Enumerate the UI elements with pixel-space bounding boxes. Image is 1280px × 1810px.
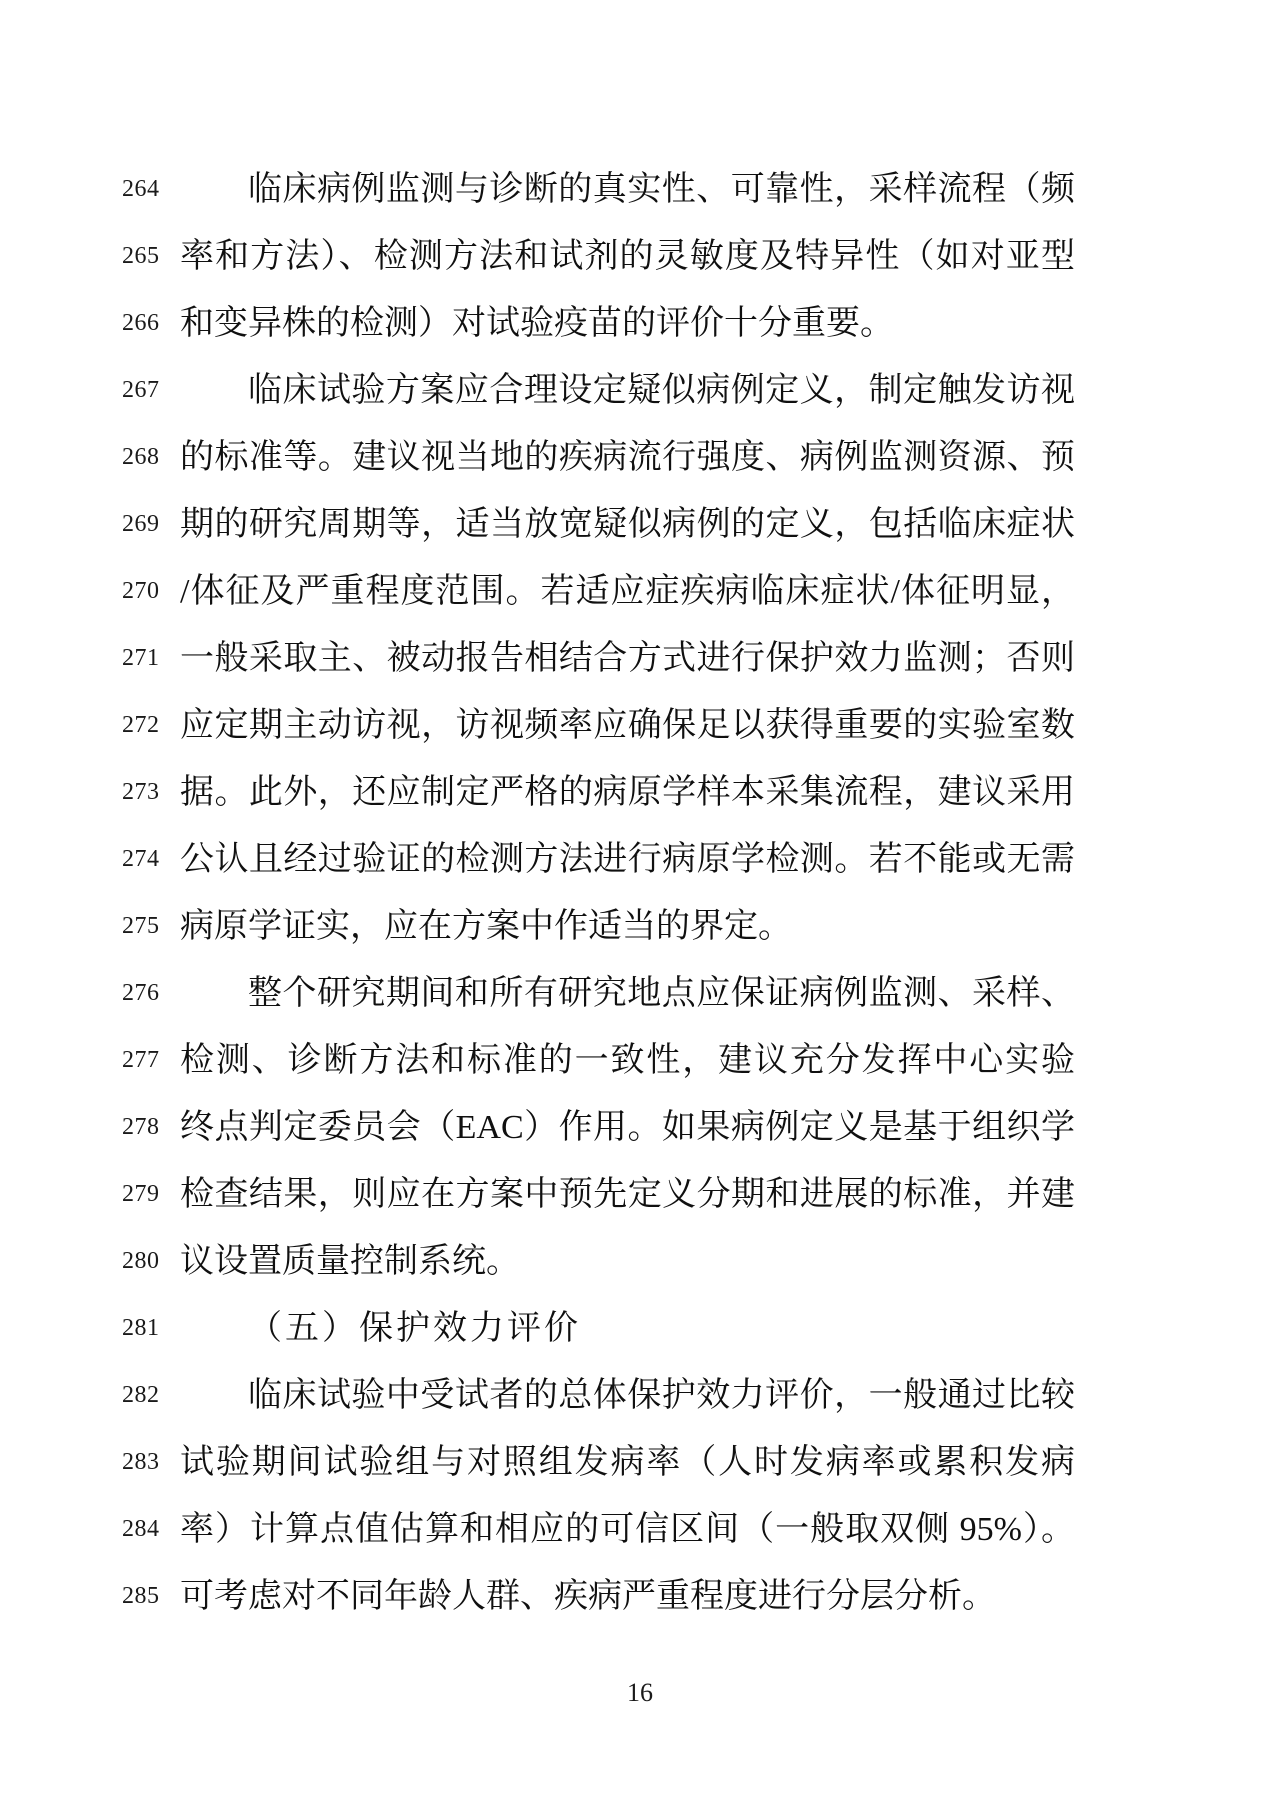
line-number: 281 (122, 1295, 180, 1362)
line-number: 285 (122, 1563, 180, 1630)
text-line: 273 据。此外，还应制定严格的病原学样本采集流程，建议采用 (0, 759, 1280, 826)
line-text: 应定期主动访视，访视频率应确保足以获得重要的实验室数 (180, 692, 1075, 759)
line-text: 公认且经过验证的检测方法进行病原学检测。若不能或无需 (180, 826, 1075, 893)
line-number: 267 (122, 357, 180, 424)
text-line: 281 （五）保护效力评价 (0, 1295, 1280, 1362)
line-number: 282 (122, 1362, 180, 1429)
text-line: 268 的标准等。建议视当地的疾病流行强度、病例监测资源、预 (0, 424, 1280, 491)
line-number: 278 (122, 1094, 180, 1161)
line-text: 临床病例监测与诊断的真实性、可靠性，采样流程（频 (180, 156, 1075, 223)
line-number: 273 (122, 759, 180, 826)
text-line: 264 临床病例监测与诊断的真实性、可靠性，采样流程（频 (0, 156, 1280, 223)
line-number: 270 (122, 558, 180, 625)
line-text: 检查结果，则应在方案中预先定义分期和进展的标准，并建 (180, 1161, 1075, 1228)
line-number: 284 (122, 1496, 180, 1563)
line-text: 期的研究周期等，适当放宽疑似病例的定义，包括临床症状 (180, 491, 1075, 558)
line-number: 268 (122, 424, 180, 491)
text-line: 284 率）计算点值估算和相应的可信区间（一般取双侧 95%）。 (0, 1496, 1280, 1563)
line-text: 终点判定委员会（EAC）作用。如果病例定义是基于组织学 (180, 1094, 1075, 1161)
line-number: 269 (122, 491, 180, 558)
page-footer: 16 (0, 1676, 1280, 1710)
text-line: 277 检测、诊断方法和标准的一致性，建议充分发挥中心实验室、 (0, 1027, 1280, 1094)
line-number: 276 (122, 960, 180, 1027)
line-number: 283 (122, 1429, 180, 1496)
text-line: 274 公认且经过验证的检测方法进行病原学检测。若不能或无需 (0, 826, 1280, 893)
text-line: 272 应定期主动访视，访视频率应确保足以获得重要的实验室数 (0, 692, 1280, 759)
text-line: 270 /体征及严重程度范围。若适应症疾病临床症状/体征明显， (0, 558, 1280, 625)
text-line: 283 试验期间试验组与对照组发病率（人时发病率或累积发病 (0, 1429, 1280, 1496)
line-number: 274 (122, 826, 180, 893)
line-text: 率）计算点值估算和相应的可信区间（一般取双侧 95%）。 (180, 1496, 1075, 1563)
line-number: 271 (122, 625, 180, 692)
text-line: 278 终点判定委员会（EAC）作用。如果病例定义是基于组织学 (0, 1094, 1280, 1161)
line-text: 整个研究期间和所有研究地点应保证病例监测、采样、 (180, 960, 1075, 1027)
text-line: 285 可考虑对不同年龄人群、疾病严重程度进行分层分析。 (0, 1563, 1280, 1630)
text-lines: 264 临床病例监测与诊断的真实性、可靠性，采样流程（频 265 率和方法）、检… (0, 156, 1280, 1630)
line-number: 277 (122, 1027, 180, 1094)
text-line: 282 临床试验中受试者的总体保护效力评价，一般通过比较 (0, 1362, 1280, 1429)
line-text: 临床试验方案应合理设定疑似病例定义，制定触发访视 (180, 357, 1075, 424)
page-number: 16 (627, 1678, 653, 1707)
text-line: 279 检查结果，则应在方案中预先定义分期和进展的标准，并建 (0, 1161, 1280, 1228)
line-text: 试验期间试验组与对照组发病率（人时发病率或累积发病 (180, 1429, 1075, 1496)
line-number: 264 (122, 156, 180, 223)
text-line: 266 和变异株的检测）对试验疫苗的评价十分重要。 (0, 290, 1280, 357)
line-number: 272 (122, 692, 180, 759)
line-text: 据。此外，还应制定严格的病原学样本采集流程，建议采用 (180, 759, 1075, 826)
text-line: 267 临床试验方案应合理设定疑似病例定义，制定触发访视 (0, 357, 1280, 424)
line-text: 率和方法）、检测方法和试剂的灵敏度及特异性（如对亚型 (180, 223, 1075, 290)
line-number: 279 (122, 1161, 180, 1228)
line-text: 议设置质量控制系统。 (180, 1228, 1075, 1295)
document-page: 264 临床病例监测与诊断的真实性、可靠性，采样流程（频 265 率和方法）、检… (0, 0, 1280, 1810)
text-line: 275 病原学证实，应在方案中作适当的界定。 (0, 893, 1280, 960)
line-number: 265 (122, 223, 180, 290)
section-heading: （五）保护效力评价 (180, 1295, 1075, 1362)
text-line: 271 一般采取主、被动报告相结合方式进行保护效力监测；否则 (0, 625, 1280, 692)
line-text: 的标准等。建议视当地的疾病流行强度、病例监测资源、预 (180, 424, 1075, 491)
text-line: 269 期的研究周期等，适当放宽疑似病例的定义，包括临床症状 (0, 491, 1280, 558)
text-line: 280 议设置质量控制系统。 (0, 1228, 1280, 1295)
line-text: 检测、诊断方法和标准的一致性，建议充分发挥中心实验室、 (180, 1027, 1075, 1094)
line-text: 病原学证实，应在方案中作适当的界定。 (180, 893, 1075, 960)
document-body: 264 临床病例监测与诊断的真实性、可靠性，采样流程（频 265 率和方法）、检… (0, 156, 1280, 1630)
text-line: 265 率和方法）、检测方法和试剂的灵敏度及特异性（如对亚型 (0, 223, 1280, 290)
line-text: /体征及严重程度范围。若适应症疾病临床症状/体征明显， (180, 558, 1075, 625)
line-text: 一般采取主、被动报告相结合方式进行保护效力监测；否则 (180, 625, 1075, 692)
text-line: 276 整个研究期间和所有研究地点应保证病例监测、采样、 (0, 960, 1280, 1027)
line-number: 266 (122, 290, 180, 357)
line-text: 和变异株的检测）对试验疫苗的评价十分重要。 (180, 290, 1075, 357)
line-number: 275 (122, 893, 180, 960)
line-text: 可考虑对不同年龄人群、疾病严重程度进行分层分析。 (180, 1563, 1075, 1630)
line-text: 临床试验中受试者的总体保护效力评价，一般通过比较 (180, 1362, 1075, 1429)
line-number: 280 (122, 1228, 180, 1295)
